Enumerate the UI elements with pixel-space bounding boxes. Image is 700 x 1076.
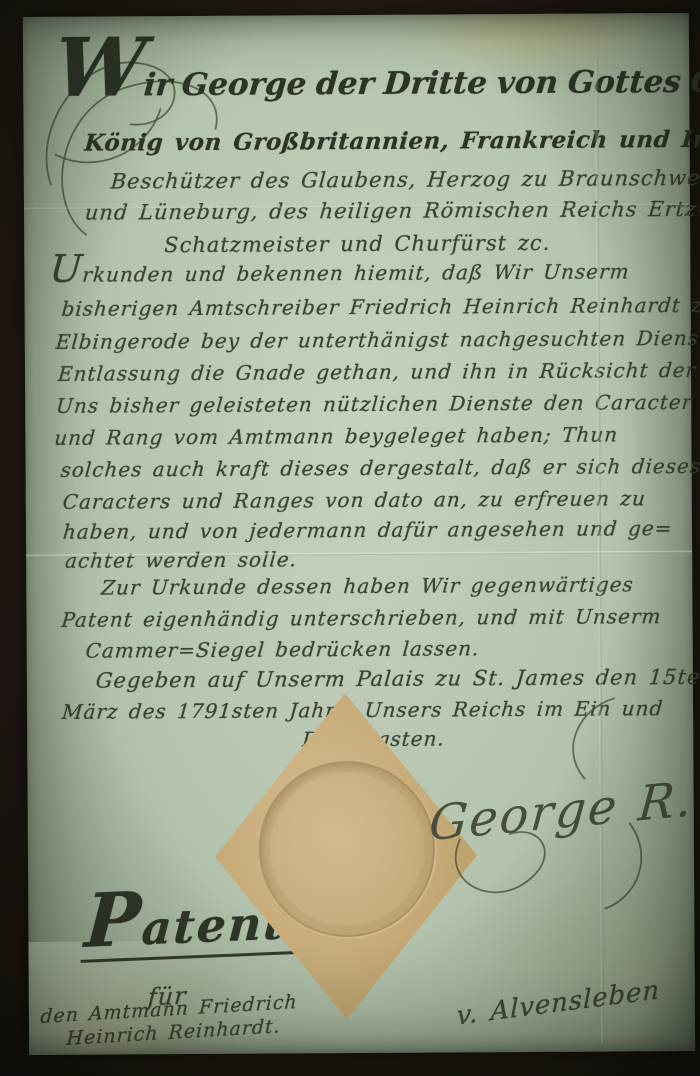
photo-backdrop: Wir George der Dritte von Gottes Gnaden,… <box>0 0 700 1076</box>
body-line: und Rang vom Amtmann beygeleget haben; T… <box>53 423 619 449</box>
body-line: haben, und von jedermann dafür angesehen… <box>62 517 673 544</box>
body-line: bisherigen Amtschreiber Friedrich Heinri… <box>61 294 700 321</box>
royal-title-line-1: Wir George der Dritte von Gottes Gnaden, <box>52 60 700 104</box>
royal-title-line-4: und Lüneburg, des heiligen Römischen Rei… <box>84 197 700 225</box>
closing-line: Zur Urkunde dessen haben Wir gegenwärtig… <box>100 573 634 599</box>
royal-title-line-5: Schatzmeister und Churfürst zc. <box>24 230 690 258</box>
countersignature: v. Alvensleben <box>457 976 661 1032</box>
body-line: Caracters und Ranges von dato an, zu erf… <box>62 487 647 514</box>
royal-title-line-2: König von Großbritannien, Frankreich und… <box>83 126 700 157</box>
body-line: Entlassung die Gnade gethan, und ihn in … <box>57 359 697 386</box>
body-line: Urkunden und bekennen hiemit, daß Wir Un… <box>48 260 630 287</box>
body-line: Elbingerode bey der unterthänigst nachge… <box>55 327 700 354</box>
closing-line: Cammer=Siegel bedrücken lassen. <box>85 637 481 662</box>
closing-line: Patent eigenhändig unterschrieben, und m… <box>61 605 663 632</box>
document-paper: Wir George der Dritte von Gottes Gnaden,… <box>23 13 695 1055</box>
royal-title-line-3: Beschützer des Glaubens, Herzog zu Braun… <box>110 166 700 194</box>
body-line: solches auch kraft dieses dergestalt, da… <box>60 455 700 482</box>
